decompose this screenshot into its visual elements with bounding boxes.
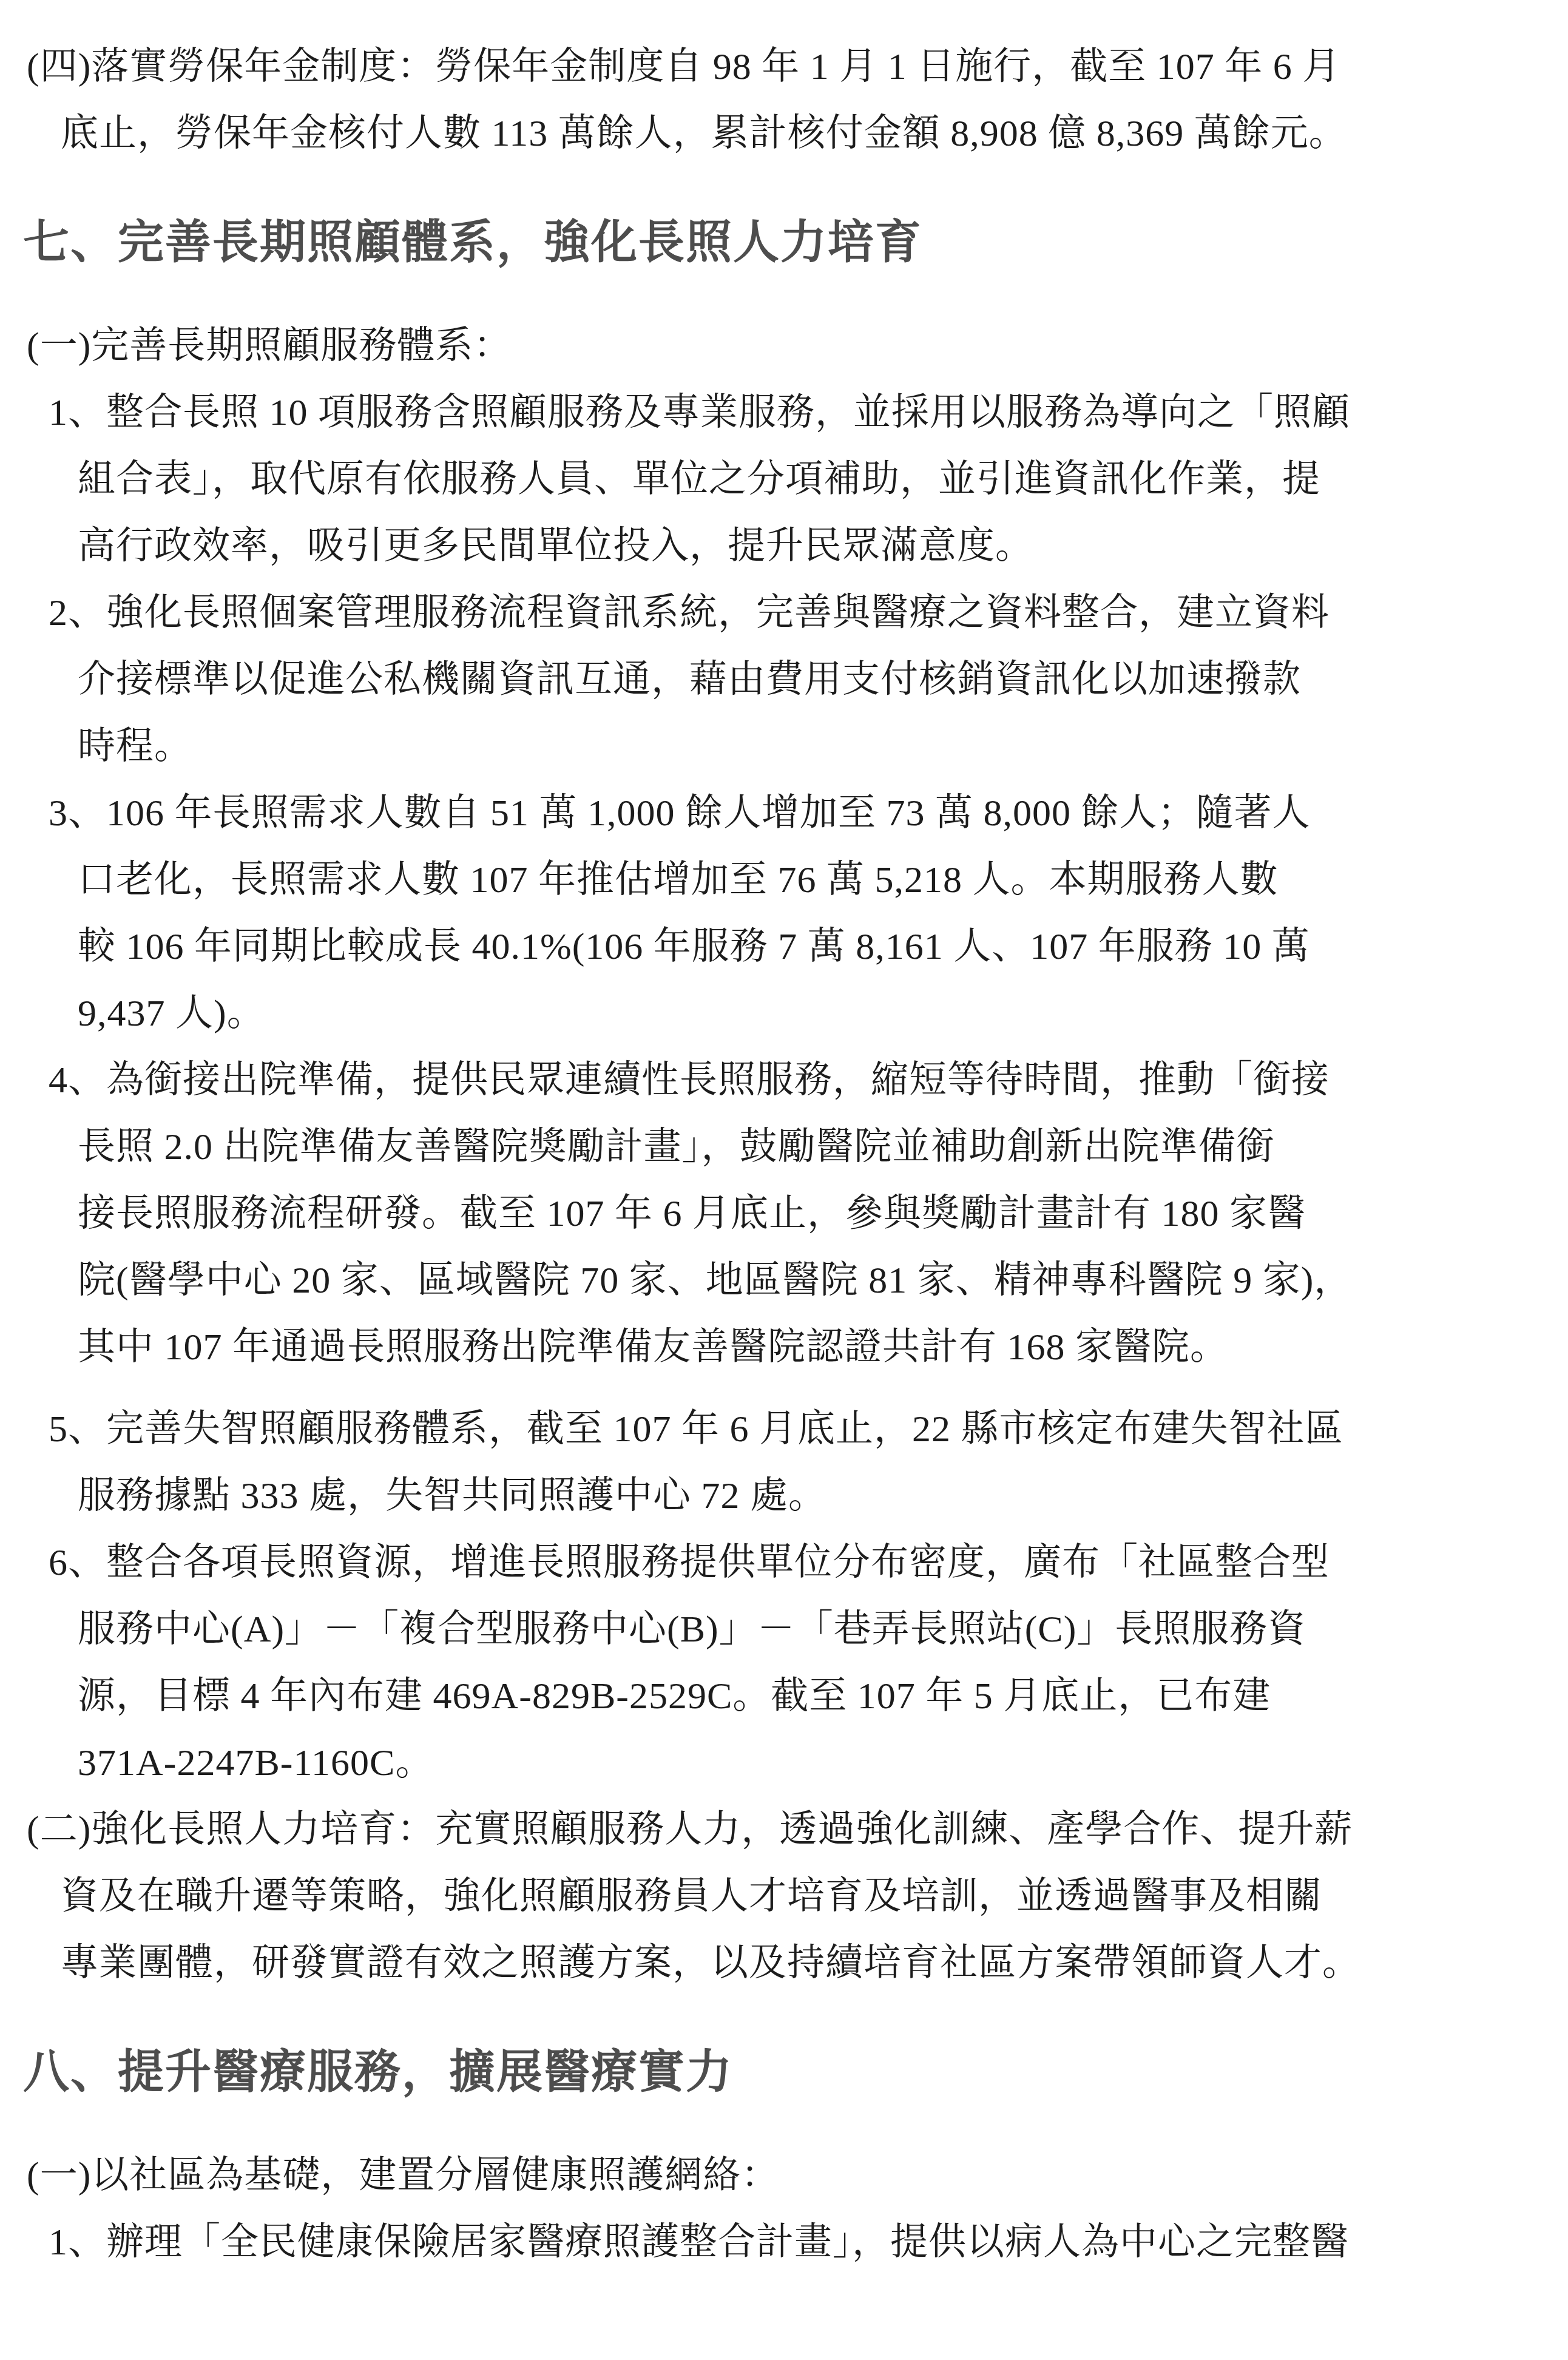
list-item-line: 其中 107 年通過長照服務出院準備友善醫院認證共計有 168 家醫院。 xyxy=(0,1314,1568,1381)
list-item-line: 1、辦理「全民健康保險居家醫療照護整合計畫」，提供以病人為中心之完整醫 xyxy=(0,2209,1568,2276)
list-item-line: 較 106 年同期比較成長 40.1%(106 年服務 7 萬 8,161 人、… xyxy=(0,913,1568,980)
list-item-line: 1、整合長照 10 項服務含照顧服務及專業服務，並採用以服務為導向之「照顧 xyxy=(0,379,1568,446)
subsection-intro: (一)以社區為基礎，建置分層健康照護網絡： xyxy=(0,2142,1568,2209)
list-item-line: 院(醫學中心 20 家、區域醫院 70 家、地區醫院 81 家、精神專科醫院 9… xyxy=(0,1247,1568,1314)
list-item-line: 時程。 xyxy=(0,713,1568,780)
section-heading-8: 八、提升醫療服務，擴展醫療實力 xyxy=(0,2033,1568,2112)
list-item-line: 3、106 年長照需求人數自 51 萬 1,000 餘人增加至 73 萬 8,0… xyxy=(0,780,1568,847)
list-item-line: 371A-2247B-1160C。 xyxy=(0,1729,1568,1796)
list-item-line: 介接標準以促進公私機關資訊互通，藉由費用支付核銷資訊化以加速撥款 xyxy=(0,646,1568,713)
list-item-line: 5、完善失智照顧服務體系，截至 107 年 6 月底止，22 縣市核定布建失智社… xyxy=(0,1396,1568,1462)
document-page: (四)落實勞保年金制度：勞保年金制度自 98 年 1 月 1 日施行，截至 10… xyxy=(0,0,1568,2360)
list-item-line: 9,437 人)。 xyxy=(0,980,1568,1047)
paragraph-line: 資及在職升遷等策略，強化照顧服務員人才培育及培訓，並透過醫事及相關 xyxy=(0,1863,1568,1930)
list-item-line: 服務據點 333 處，失智共同照護中心 72 處。 xyxy=(0,1462,1568,1529)
paragraph-line: 底止，勞保年金核付人數 113 萬餘人，累計核付金額 8,908 億 8,369… xyxy=(0,100,1568,167)
paragraph-line: (二)強化長照人力培育：充實照顧服務人力，透過強化訓練、產學合作、提升薪 xyxy=(0,1796,1568,1863)
list-item-line: 源，目標 4 年內布建 469A-829B-2529C。截至 107 年 5 月… xyxy=(0,1663,1568,1729)
document-body: (四)落實勞保年金制度：勞保年金制度自 98 年 1 月 1 日施行，截至 10… xyxy=(0,0,1568,2276)
list-item-line: 長照 2.0 出院準備友善醫院獎勵計畫」，鼓勵醫院並補助創新出院準備銜 xyxy=(0,1114,1568,1180)
list-item-line: 高行政效率，吸引更多民間單位投入，提升民眾滿意度。 xyxy=(0,513,1568,580)
list-item-line: 6、整合各項長照資源，增進長照服務提供單位分布密度，廣布「社區整合型 xyxy=(0,1529,1568,1596)
subsection-intro: (一)完善長期照顧服務體系： xyxy=(0,313,1568,379)
section-heading-7: 七、完善長期照顧體系，強化長照人力培育 xyxy=(0,203,1568,282)
list-item-line: 接長照服務流程研發。截至 107 年 6 月底止，參與獎勵計畫計有 180 家醫 xyxy=(0,1180,1568,1247)
list-item-line: 組合表」，取代原有依服務人員、單位之分項補助，並引進資訊化作業，提 xyxy=(0,446,1568,513)
list-item-line: 服務中心(A)」－「複合型服務中心(B)」－「巷弄長照站(C)」長照服務資 xyxy=(0,1596,1568,1663)
paragraph-line: (四)落實勞保年金制度：勞保年金制度自 98 年 1 月 1 日施行，截至 10… xyxy=(0,33,1568,100)
list-item-line: 口老化，長照需求人數 107 年推估增加至 76 萬 5,218 人。本期服務人… xyxy=(0,847,1568,913)
paragraph-line: 專業團體，研發實證有效之照護方案，以及持續培育社區方案帶領師資人才。 xyxy=(0,1930,1568,1997)
list-item-line: 2、強化長照個案管理服務流程資訊系統，完善與醫療之資料整合，建立資料 xyxy=(0,580,1568,646)
list-item-line: 4、為銜接出院準備，提供民眾連續性長照服務，縮短等待時間，推動「銜接 xyxy=(0,1047,1568,1114)
